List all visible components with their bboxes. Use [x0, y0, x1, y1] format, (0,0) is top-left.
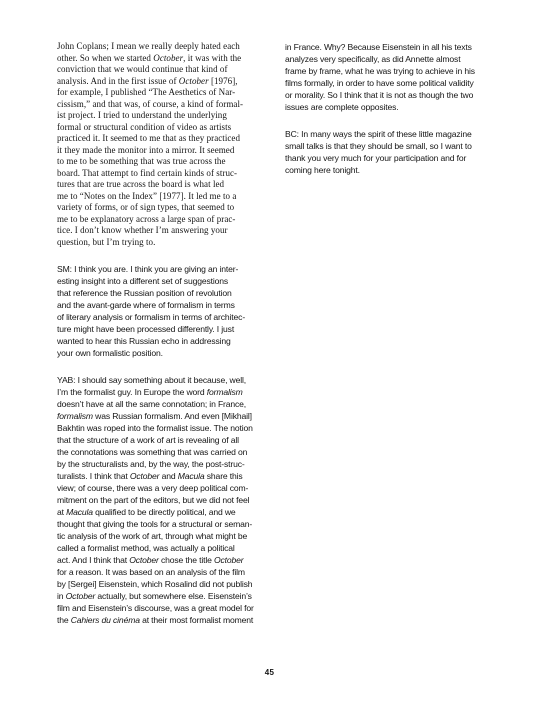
text-run: I’m the formalist guy. In Europe the wor…	[57, 387, 207, 397]
page-number: 45	[0, 668, 539, 677]
text-run: formal or structural condition of video …	[57, 122, 231, 132]
text-run: or morality. So I think that it is not a…	[285, 90, 473, 100]
text-run: mitment on the part of the editors, but …	[57, 495, 249, 505]
paragraph: SM: I think you are. I think you are giv…	[57, 263, 283, 359]
italic-text-run: October	[179, 76, 209, 86]
text-run: Bakhtin was roped into the formalist iss…	[57, 423, 253, 433]
italic-text-run: October	[130, 471, 160, 481]
italic-text-run: October	[214, 555, 244, 565]
text-run: tic analysis of the work of art, through…	[57, 531, 247, 541]
text-run: to me to be something that was true acro…	[57, 156, 226, 166]
italic-text-run: formalism	[57, 411, 93, 421]
text-run: ture might have been processed different…	[57, 324, 234, 334]
text-run: board. That attempt to find certain kind…	[57, 168, 237, 178]
text-run: the connotations was something that was …	[57, 447, 247, 457]
text-run: at	[57, 507, 66, 517]
text-run: that reference the Russian position of r…	[57, 288, 232, 298]
italic-text-run: formalism	[207, 387, 243, 397]
italic-text-run: October	[129, 555, 159, 565]
text-run: of literary analysis or formalism in ter…	[57, 312, 245, 322]
text-run: SM: I think you are. I think you are giv…	[57, 264, 238, 274]
text-run: that the structure of a work of art is r…	[57, 435, 239, 445]
text-run: by [Sergei] Eisenstein, which Rosalind d…	[57, 579, 252, 589]
text-run: tice. I don’t know whether I’m answering…	[57, 225, 228, 235]
text-run: conviction that we would continue that k…	[57, 64, 228, 74]
text-column-left: John Coplans; I mean we really deeply ha…	[57, 41, 283, 641]
text-run: BC: In many ways the spirit of these lit…	[285, 129, 472, 139]
italic-text-run: Macula	[178, 471, 205, 481]
text-run: and the avant-garde where of formalism i…	[57, 300, 235, 310]
text-run: YAB: I should say something about it bec…	[57, 375, 246, 385]
text-run: was Russian formalism. And even [Mikhail…	[93, 411, 252, 421]
text-run: chose the title	[159, 555, 214, 565]
text-run: small talks is that they should be small…	[285, 141, 472, 151]
text-run: me to “Notes on the Index” [1977]. It le…	[57, 191, 236, 201]
text-run: thank you very much for your participati…	[285, 153, 466, 163]
text-run: practiced it. It seemed to me that as th…	[57, 133, 240, 143]
text-run: John Coplans; I mean we really deeply ha…	[57, 41, 240, 51]
text-run: wanted to hear this Russian echo in addr…	[57, 336, 231, 346]
paragraph: John Coplans; I mean we really deeply ha…	[57, 41, 283, 248]
italic-text-run: October	[66, 591, 96, 601]
text-run: turalists. I think that	[57, 471, 130, 481]
document-page: John Coplans; I mean we really deeply ha…	[0, 0, 539, 709]
text-run: act. And I think that	[57, 555, 129, 565]
text-run: cissism,” and that was, of course, a kin…	[57, 99, 243, 109]
text-run: variety of forms, or of sign types, that…	[57, 202, 234, 212]
text-run: tures that are true across the board is …	[57, 179, 224, 189]
text-run: your own formalistic position.	[57, 348, 163, 358]
text-run: in	[57, 591, 66, 601]
text-run: [1976],	[209, 76, 238, 86]
paragraph: YAB: I should say something about it bec…	[57, 374, 283, 626]
paragraph: BC: In many ways the spirit of these lit…	[285, 128, 507, 176]
text-run: actually, but somewhere else. Eisenstein…	[95, 591, 252, 601]
text-run: film and Eisenstein’s discourse, was a g…	[57, 603, 254, 613]
text-run: ist project. I tried to understand the u…	[57, 110, 227, 120]
text-run: and	[159, 471, 177, 481]
text-run: esting insight into a different set of s…	[57, 276, 228, 286]
text-run: analyzes very specifically, as did Annet…	[285, 54, 460, 64]
text-run: issues are complete opposites.	[285, 102, 399, 112]
italic-text-run: Macula	[66, 507, 93, 517]
text-run: , it was with the	[183, 53, 241, 63]
paragraph: in France. Why? Because Eisenstein in al…	[285, 41, 507, 113]
text-run: doesn’t have at all the same connotation…	[57, 399, 246, 409]
text-run: qualified to be directly political, and …	[93, 507, 236, 517]
text-run: view; of course, there was a very deep p…	[57, 483, 248, 493]
text-column-right: in France. Why? Because Eisenstein in al…	[285, 41, 507, 191]
text-run: it they made the monitor into a mirror. …	[57, 145, 234, 155]
text-run: analysis. And in the first issue of	[57, 76, 179, 86]
text-run: films formally, in order to have some po…	[285, 78, 474, 88]
text-run: in France. Why? Because Eisenstein in al…	[285, 42, 472, 52]
text-run: at their most formalist moment	[140, 615, 253, 625]
text-run: by the structuralists and, by the way, t…	[57, 459, 245, 469]
text-run: question, but I’m trying to.	[57, 237, 155, 247]
text-run: coming here tonight.	[285, 165, 360, 175]
text-run: called a formalist method, was actually …	[57, 543, 235, 553]
text-run: thought that giving the tools for a stru…	[57, 519, 252, 529]
italic-text-run: October	[153, 53, 183, 63]
text-run: for example, I published “The Aesthetics…	[57, 87, 235, 97]
text-run: me to be explanatory across a large span…	[57, 214, 235, 224]
text-run: share this	[205, 471, 243, 481]
text-run: the	[57, 615, 71, 625]
text-run: frame by frame, what he was trying to ac…	[285, 66, 475, 76]
text-run: other. So when we started	[57, 53, 153, 63]
italic-text-run: Cahiers du cinéma	[71, 615, 140, 625]
text-run: for a reason. It was based on an analysi…	[57, 567, 245, 577]
